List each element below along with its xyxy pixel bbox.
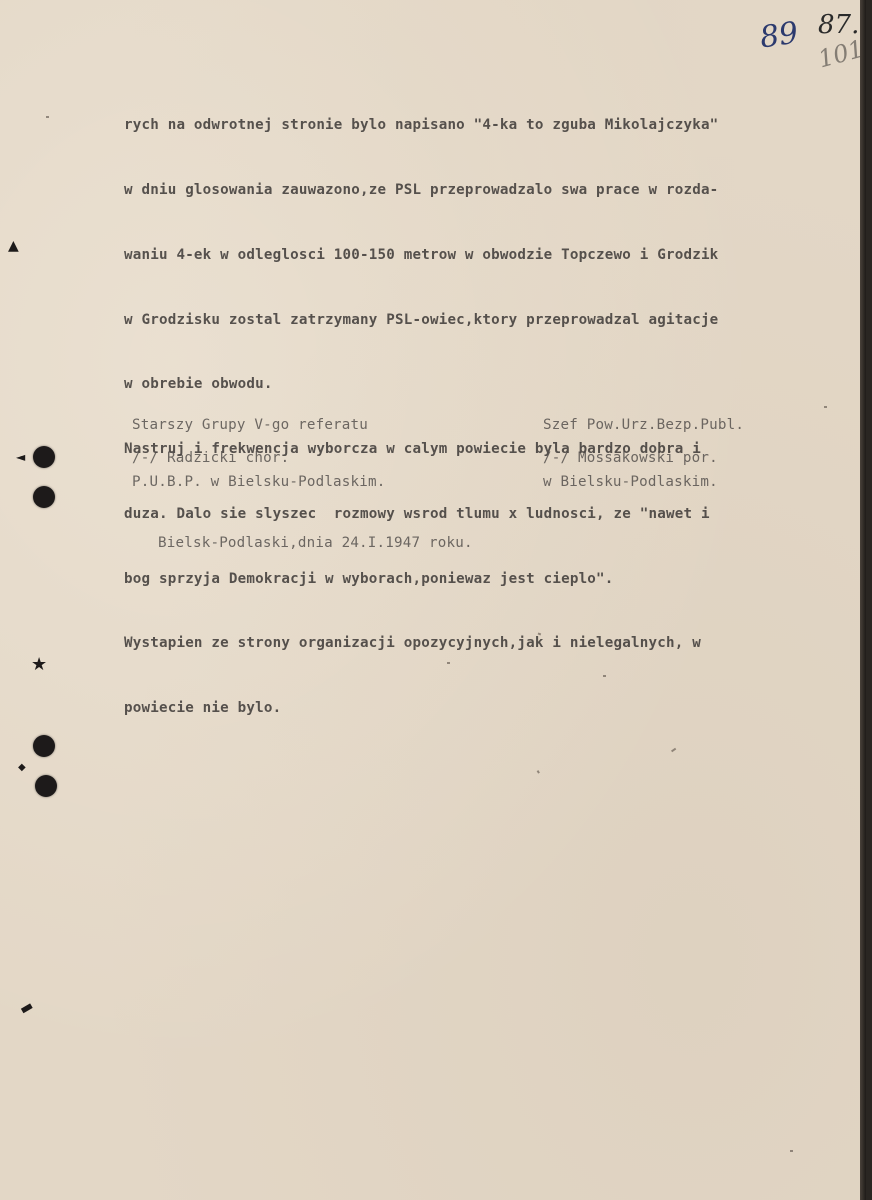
archive-number-blue: 89 [758,16,801,56]
body-line: powiecie nie bylo. [124,698,718,720]
page-edge-shadow [860,0,866,1200]
signature-title-line: Szef Pow.Urz.Bezp.Publ. [543,416,744,435]
place-and-date: Bielsk-Podlaski,dnia 24.I.1947 roku. [158,535,473,551]
binder-mark: ◄ [16,450,25,464]
paper-speck [46,116,49,118]
paper-speck [790,1150,793,1152]
signer-left: /-/ Radzicki chor. [132,450,289,466]
paper-speck [537,770,540,773]
binder-mark: ▲ [8,238,19,254]
archive-number-pencil: 101 [815,35,866,74]
signer-right: /-/ Mossakowski por. [543,450,718,466]
signature-title-line: P.U.B.P. w Bielsku-Podlaskim. [132,473,386,492]
body-line: w Grodzisku zostal zatrzymany PSL-owiec,… [124,310,718,332]
punch-hole [33,446,55,468]
binder-mark: ★ [31,654,47,675]
punch-hole [35,775,57,797]
signature-title-line: Starszy Grupy V-go referatu [132,416,386,435]
paper-speck [603,675,606,677]
binder-mark: ▬ [17,998,36,1018]
paper-speck [447,662,450,664]
body-line: w dniu glosowania zauwazono,ze PSL przep… [124,180,718,202]
body-line: bog sprzyja Demokracji w wyborach,poniew… [124,569,718,591]
document-page: 89 87. 101 rych na odwrotnej stronie byl… [0,0,866,1200]
body-line: rych na odwrotnej stronie bylo napisano … [124,115,718,137]
punch-hole [33,486,55,508]
punch-hole [33,735,55,757]
signature-title-line: w Bielsku-Podlaskim. [543,473,744,492]
paper-speck [824,406,827,408]
binder-mark: ◆ [18,762,26,773]
body-line: waniu 4-ek w odleglosci 100-150 metrow w… [124,245,718,267]
body-line: Wystapien ze strony organizacji opozycyj… [124,633,718,655]
